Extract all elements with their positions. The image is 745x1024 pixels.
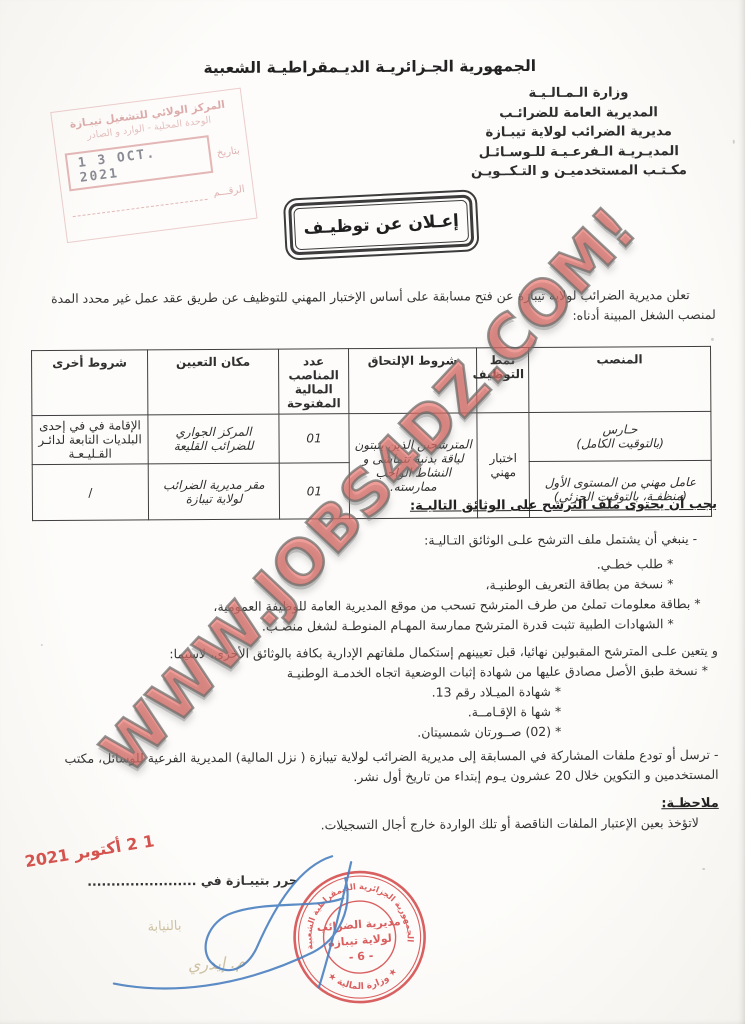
cell-location: المركز الجواري للضرائب القليعة bbox=[148, 414, 279, 464]
cell-other: / bbox=[32, 464, 148, 521]
documents-subline: - ينبغي أن يشتمل ملف الترشح علـى الوثائق… bbox=[424, 531, 697, 548]
note-text: لاتؤخذ بعين الإعتبار الملفات الناقصة أو … bbox=[321, 815, 699, 832]
page-title: الجمهورية الجـزائريـة الديـمقراطيـة الشع… bbox=[0, 56, 742, 79]
documents-list-2: * نسخة طبق الأصل مصادق عليها من شهادة إث… bbox=[1, 661, 745, 746]
col-mode: نمط التوظيف bbox=[476, 348, 528, 413]
cell-count: 01 bbox=[279, 414, 349, 463]
cell-count: 01 bbox=[279, 463, 349, 519]
scan-speck bbox=[41, 644, 43, 646]
receipt-date-stamp: المركز الولائي للتشغيل تيبـازة الوحدة ال… bbox=[50, 88, 257, 243]
jobs-table: المنصب نمط التوظيف شروط الإلتحاق عدد الم… bbox=[31, 346, 712, 521]
scanned-document-page: الجمهورية الجـزائريـة الديـمقراطيـة الشع… bbox=[0, 0, 745, 1024]
ministry-line: المديـريـة الـفرعـيـة للـوسـائـل bbox=[429, 141, 729, 162]
documents-list-1: * طلب خطـي. * نسخة من بطاقة التعريف الوط… bbox=[0, 554, 745, 639]
doc-item: * الشهادات الطبية تثبت قدرة المترشح ممار… bbox=[1, 614, 674, 638]
col-count: عدد المناصب المالية المفتوحة bbox=[279, 349, 349, 414]
col-other: شروط أخرى bbox=[32, 350, 148, 416]
doc-item: * نسخة طبق الأصل مصادق عليها من شهادة إث… bbox=[1, 661, 708, 685]
table-row: حـارس (بالتوقيت الكامل) اختبار مهني المت… bbox=[32, 411, 711, 464]
table-header-row: المنصب نمط التوظيف شروط الإلتحاق عدد الم… bbox=[32, 346, 711, 415]
announcement-box: إعـلان عن توظيـف bbox=[283, 189, 480, 261]
ministry-header-block: وزارة الـمـالـيـة المديرية العامة للضرائ… bbox=[428, 83, 729, 182]
scan-speck bbox=[702, 868, 705, 870]
col-conditions: شروط الإلتحاق bbox=[349, 348, 477, 414]
ministry-line: وزارة الـمـالـيـة bbox=[428, 83, 728, 104]
intro-paragraph: تعلن مديرية الضرائب لولاية تيبازة عن فتح… bbox=[27, 285, 716, 329]
announcement-title: إعـلان عن توظيـف bbox=[293, 200, 469, 251]
receipt-number-dotted-line bbox=[71, 188, 208, 217]
ministry-line: مديرية الضرائب لولاية تيبـازة bbox=[429, 122, 729, 143]
cell-location: مقر مديرية الضرائب لولاية تيبازة bbox=[148, 463, 279, 520]
cell-position: حـارس (بالتوقيت الكامل) bbox=[529, 411, 711, 461]
documents-heading: يجب أن يحتوى ملف الترشح على الوثائق التا… bbox=[410, 497, 717, 514]
final-candidates-paragraph: و يتعين علـى المترشح المقبولين نهائيا، ق… bbox=[19, 643, 718, 662]
note-heading: ملاحظـة: bbox=[661, 796, 719, 811]
scan-speck bbox=[711, 338, 714, 341]
cell-other: الإقامة في في إحدى البلديات التابعة لدائ… bbox=[32, 415, 148, 465]
receipt-date-label: بتاريخ bbox=[216, 145, 240, 159]
col-location: مكان التعيين bbox=[148, 349, 279, 415]
scan-speck bbox=[733, 140, 735, 144]
ministry-line: المديرية العامة للضرائـب bbox=[429, 102, 729, 123]
signature bbox=[107, 850, 438, 1002]
receipt-number-label: الرقـــم bbox=[213, 184, 246, 199]
doc-item: * (02) صــورتان شمسيتان. bbox=[1, 722, 561, 745]
submission-paragraph: - ترسل أو تودع ملفات المشاركة في المسابق… bbox=[29, 745, 718, 789]
receipt-date-value: 1 3 OCT. 2021 bbox=[65, 135, 214, 191]
col-position: المنصب bbox=[528, 346, 710, 412]
ministry-line: مكـتـب المستخدميـن و التـكــويـن bbox=[429, 161, 729, 182]
